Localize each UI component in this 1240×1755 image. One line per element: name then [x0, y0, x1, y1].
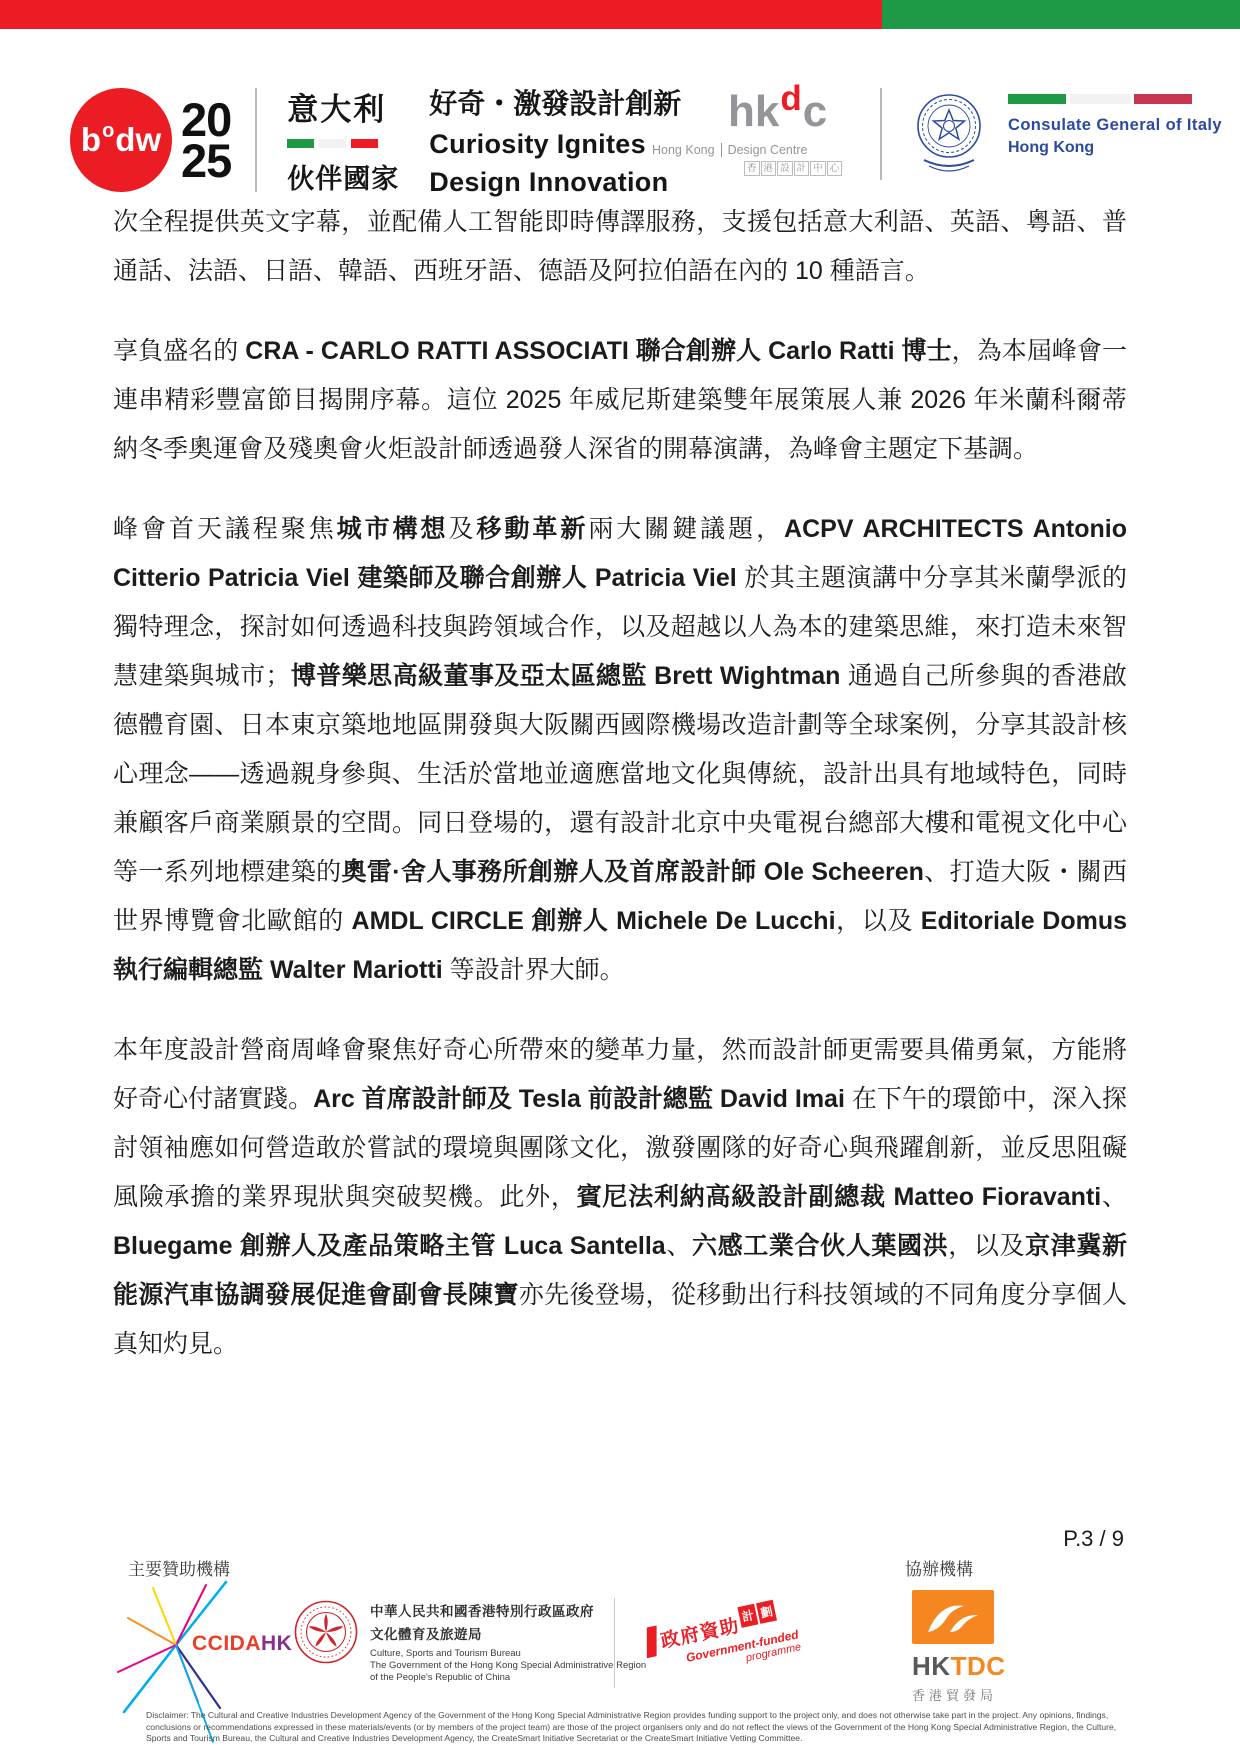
sponsor-section-label: 主要贊助機構: [128, 1555, 230, 1580]
body-text: 次全程提供英文字幕，並配備人工智能即時傳譯服務，支援包括意大利語、英語、粵語、普…: [113, 198, 1127, 1400]
consulate-logo: Consulate General of Italy Hong Kong: [912, 86, 1222, 180]
consulate-city: Hong Kong: [1008, 139, 1222, 157]
paragraph: 次全程提供英文字幕，並配備人工智能即時傳譯服務，支援包括意大利語、英語、粵語、普…: [113, 198, 1127, 296]
bodw-letter-o: o: [102, 120, 114, 143]
tagline-en-1: Curiosity Ignites: [429, 129, 681, 160]
top-color-bar: [0, 0, 1240, 29]
hktdc-wordmark: HKTDC: [912, 1653, 1022, 1679]
hkdc-name-en: Hong KongDesign Centre: [652, 143, 864, 157]
gov-funded-logo: 政府資助 計 劃 Government-funded programme: [644, 1597, 803, 1684]
cstb-en-2: The Government of the Hong Kong Special …: [370, 1660, 646, 1672]
disclaimer: Disclaimer: The Cultural and Creative In…: [146, 1710, 1126, 1745]
tagline-zh: 好奇・激發設計創新: [429, 82, 681, 122]
cstb-logo: 中華人民共和國香港特別行政區政府 文化體育及旅遊局 Culture, Sport…: [294, 1600, 646, 1684]
ccidahk-wordmark: CCIDAHK: [192, 1632, 292, 1656]
header-left-group: bodw 20 25 意大利 伙伴國家 好奇・激發設計創新 Curiosity …: [70, 82, 681, 198]
consulate-name: Consulate General of Italy: [1008, 116, 1222, 135]
coorganiser-section-label: 協辦機構: [905, 1555, 973, 1580]
hkdc-d-icon: d: [780, 79, 801, 118]
hkdc-c: c: [803, 87, 827, 136]
cstb-text: 中華人民共和國香港特別行政區政府 文化體育及旅遊局 Culture, Sport…: [370, 1600, 646, 1684]
tagline-en-2: Design Innovation: [429, 167, 681, 198]
consulate-italy-flag-icon: [1008, 94, 1222, 104]
hkdc-hk: hk: [728, 87, 779, 136]
bodw-year: 20 25: [181, 99, 231, 181]
hkdc-zh-boxes: 香港設計中心: [744, 161, 864, 176]
header-divider-2: [880, 88, 882, 180]
partner-country-name: 意大利: [287, 84, 399, 129]
consulate-emblem-icon: [912, 86, 986, 180]
paragraph: 本年度設計營商周峰會聚焦好奇心所帶來的變革力量，然而設計師更需要具備勇氣，方能將…: [113, 1026, 1127, 1369]
bodw-letters-dw: dw: [115, 121, 161, 159]
year-bottom: 25: [181, 140, 231, 181]
hksar-emblem-icon: [294, 1600, 358, 1664]
hkdc-wordmark: hkdc: [728, 92, 864, 135]
document-page: bodw 20 25 意大利 伙伴國家 好奇・激發設計創新 Curiosity …: [0, 0, 1240, 1755]
gov-funded-block-2: 劃: [756, 1599, 777, 1623]
cstb-zh-gov: 中華人民共和國香港特別行政區政府: [370, 1600, 646, 1620]
partner-country-block: 意大利 伙伴國家: [287, 84, 399, 196]
header-divider-1: [255, 88, 257, 192]
bodw-letter-b: b: [81, 121, 101, 159]
cstb-en-1: Culture, Sports and Tourism Bureau: [370, 1648, 646, 1660]
header: bodw 20 25 意大利 伙伴國家 好奇・激發設計創新 Curiosity …: [0, 80, 1240, 200]
italy-flag-icon: [287, 139, 399, 148]
consulate-text: Consulate General of Italy Hong Kong: [1008, 86, 1222, 157]
paragraph: 峰會首天議程聚焦城市構想及移動革新兩大關鍵議題，ACPV ARCHITECTS …: [113, 505, 1127, 995]
gov-funded-block-1: 計: [737, 1603, 758, 1627]
gov-funded-shape-icon: [647, 1625, 657, 1658]
top-bar-green-segment: [882, 0, 1240, 29]
cstb-en-3: of the People's Republic of China: [370, 1672, 646, 1684]
ccidahk-logo: CCIDAHK: [108, 1590, 318, 1708]
hktdc-logo: HKTDC 香港貿發局: [912, 1590, 1022, 1704]
partner-country-label: 伙伴國家: [287, 157, 399, 196]
hktdc-zh: 香港貿發局: [912, 1685, 1022, 1704]
event-tagline: 好奇・激發設計創新 Curiosity Ignites Design Innov…: [429, 82, 681, 198]
hktdc-mark-icon: [912, 1590, 994, 1644]
bodw-logo: bodw: [70, 88, 172, 192]
footer-divider: [614, 1598, 615, 1688]
cstb-zh-bureau: 文化體育及旅遊局: [370, 1623, 646, 1643]
page-number: P.3 / 9: [1063, 1526, 1124, 1552]
paragraph: 享負盛名的 CRA - CARLO RATTI ASSOCIATI 聯合創辦人 …: [113, 327, 1127, 474]
top-bar-red-segment: [0, 0, 882, 29]
hkdc-logo: hkdc Hong KongDesign Centre 香港設計中心: [652, 92, 864, 176]
